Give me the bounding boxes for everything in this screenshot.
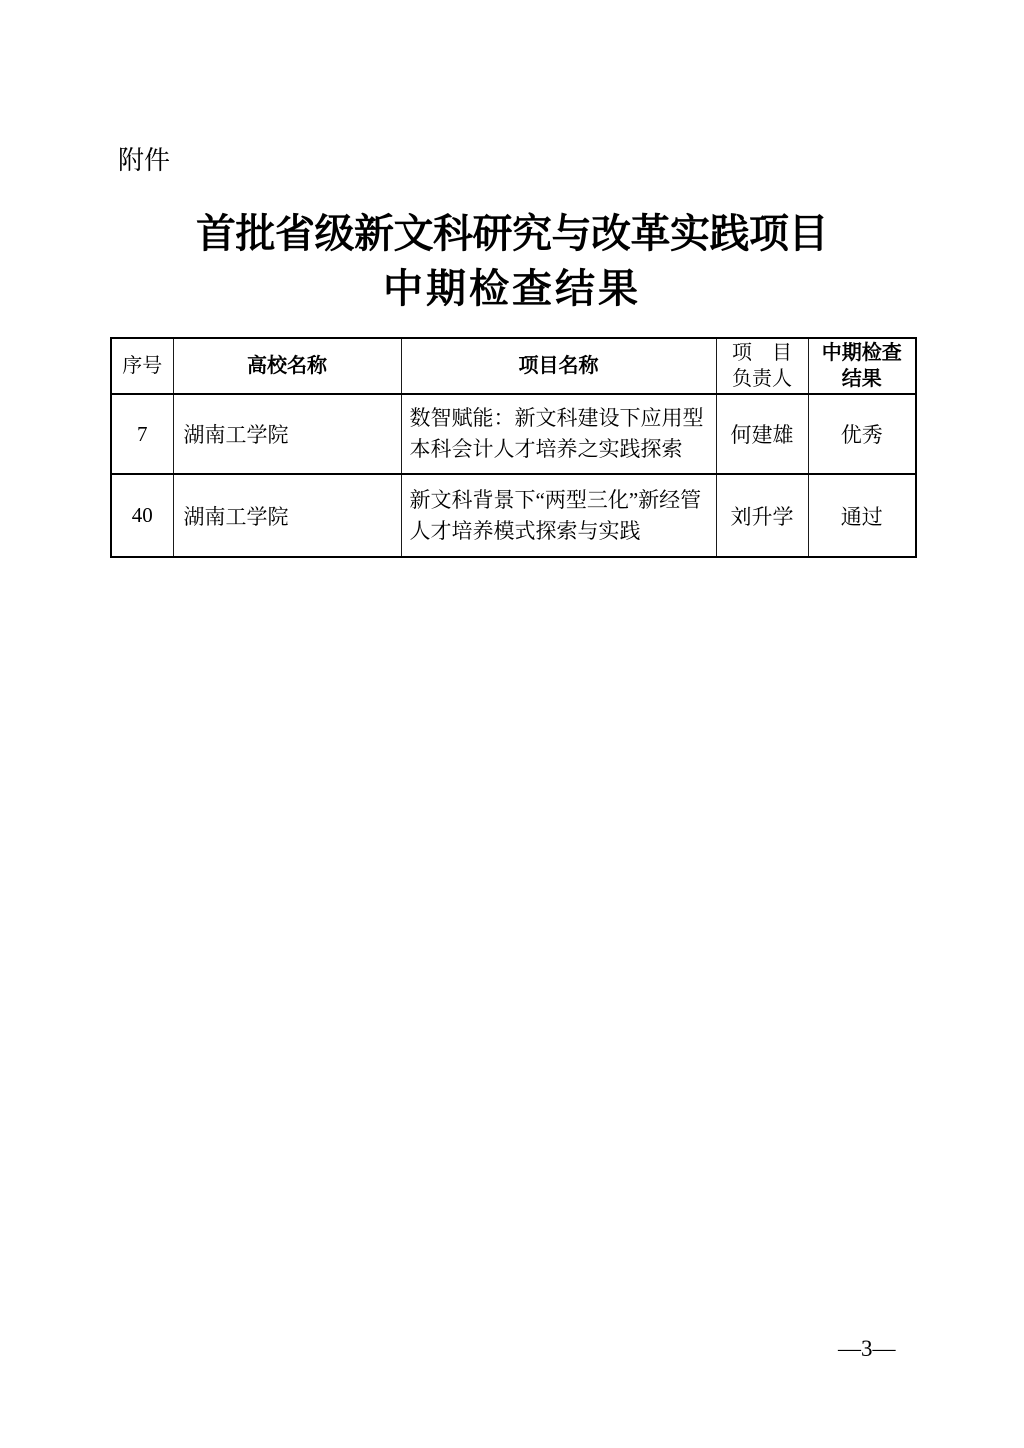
cell-project: 数智赋能：新文科建设下应用型 本科会计人才培养之实践探索 (401, 394, 716, 474)
cell-university: 湖南工学院 (173, 394, 401, 474)
cell-result: 通过 (808, 474, 916, 557)
header-university: 高校名称 (173, 338, 401, 394)
document-title: 首批省级新文科研究与改革实践项目 中期检查结果 (0, 206, 1024, 316)
cell-project: 新文科背景下“两型三化”新经管 人才培养模式探索与实践 (401, 474, 716, 557)
cell-leader: 何建雄 (716, 394, 808, 474)
title-line-1: 首批省级新文科研究与改革实践项目 (0, 206, 1024, 261)
header-project: 项目名称 (401, 338, 716, 394)
cell-result: 优秀 (808, 394, 916, 474)
table-header-row: 序号 高校名称 项目名称 项 目 负责人 中期检查 结果 (111, 338, 916, 394)
results-table: 序号 高校名称 项目名称 项 目 负责人 中期检查 结果 7 湖南工学院 数智赋… (110, 337, 917, 558)
attachment-label: 附件 (118, 145, 170, 175)
page-number: —3— (838, 1336, 896, 1362)
table-row: 40 湖南工学院 新文科背景下“两型三化”新经管 人才培养模式探索与实践 刘升学… (111, 474, 916, 557)
cell-seq: 7 (111, 394, 173, 474)
table-row: 7 湖南工学院 数智赋能：新文科建设下应用型 本科会计人才培养之实践探索 何建雄… (111, 394, 916, 474)
document-page: 附件 首批省级新文科研究与改革实践项目 中期检查结果 序号 高校名称 项目名称 … (0, 0, 1024, 1448)
cell-university: 湖南工学院 (173, 474, 401, 557)
header-result: 中期检查 结果 (808, 338, 916, 394)
title-line-2: 中期检查结果 (0, 261, 1024, 316)
header-leader: 项 目 负责人 (716, 338, 808, 394)
cell-seq: 40 (111, 474, 173, 557)
cell-leader: 刘升学 (716, 474, 808, 557)
header-seq: 序号 (111, 338, 173, 394)
